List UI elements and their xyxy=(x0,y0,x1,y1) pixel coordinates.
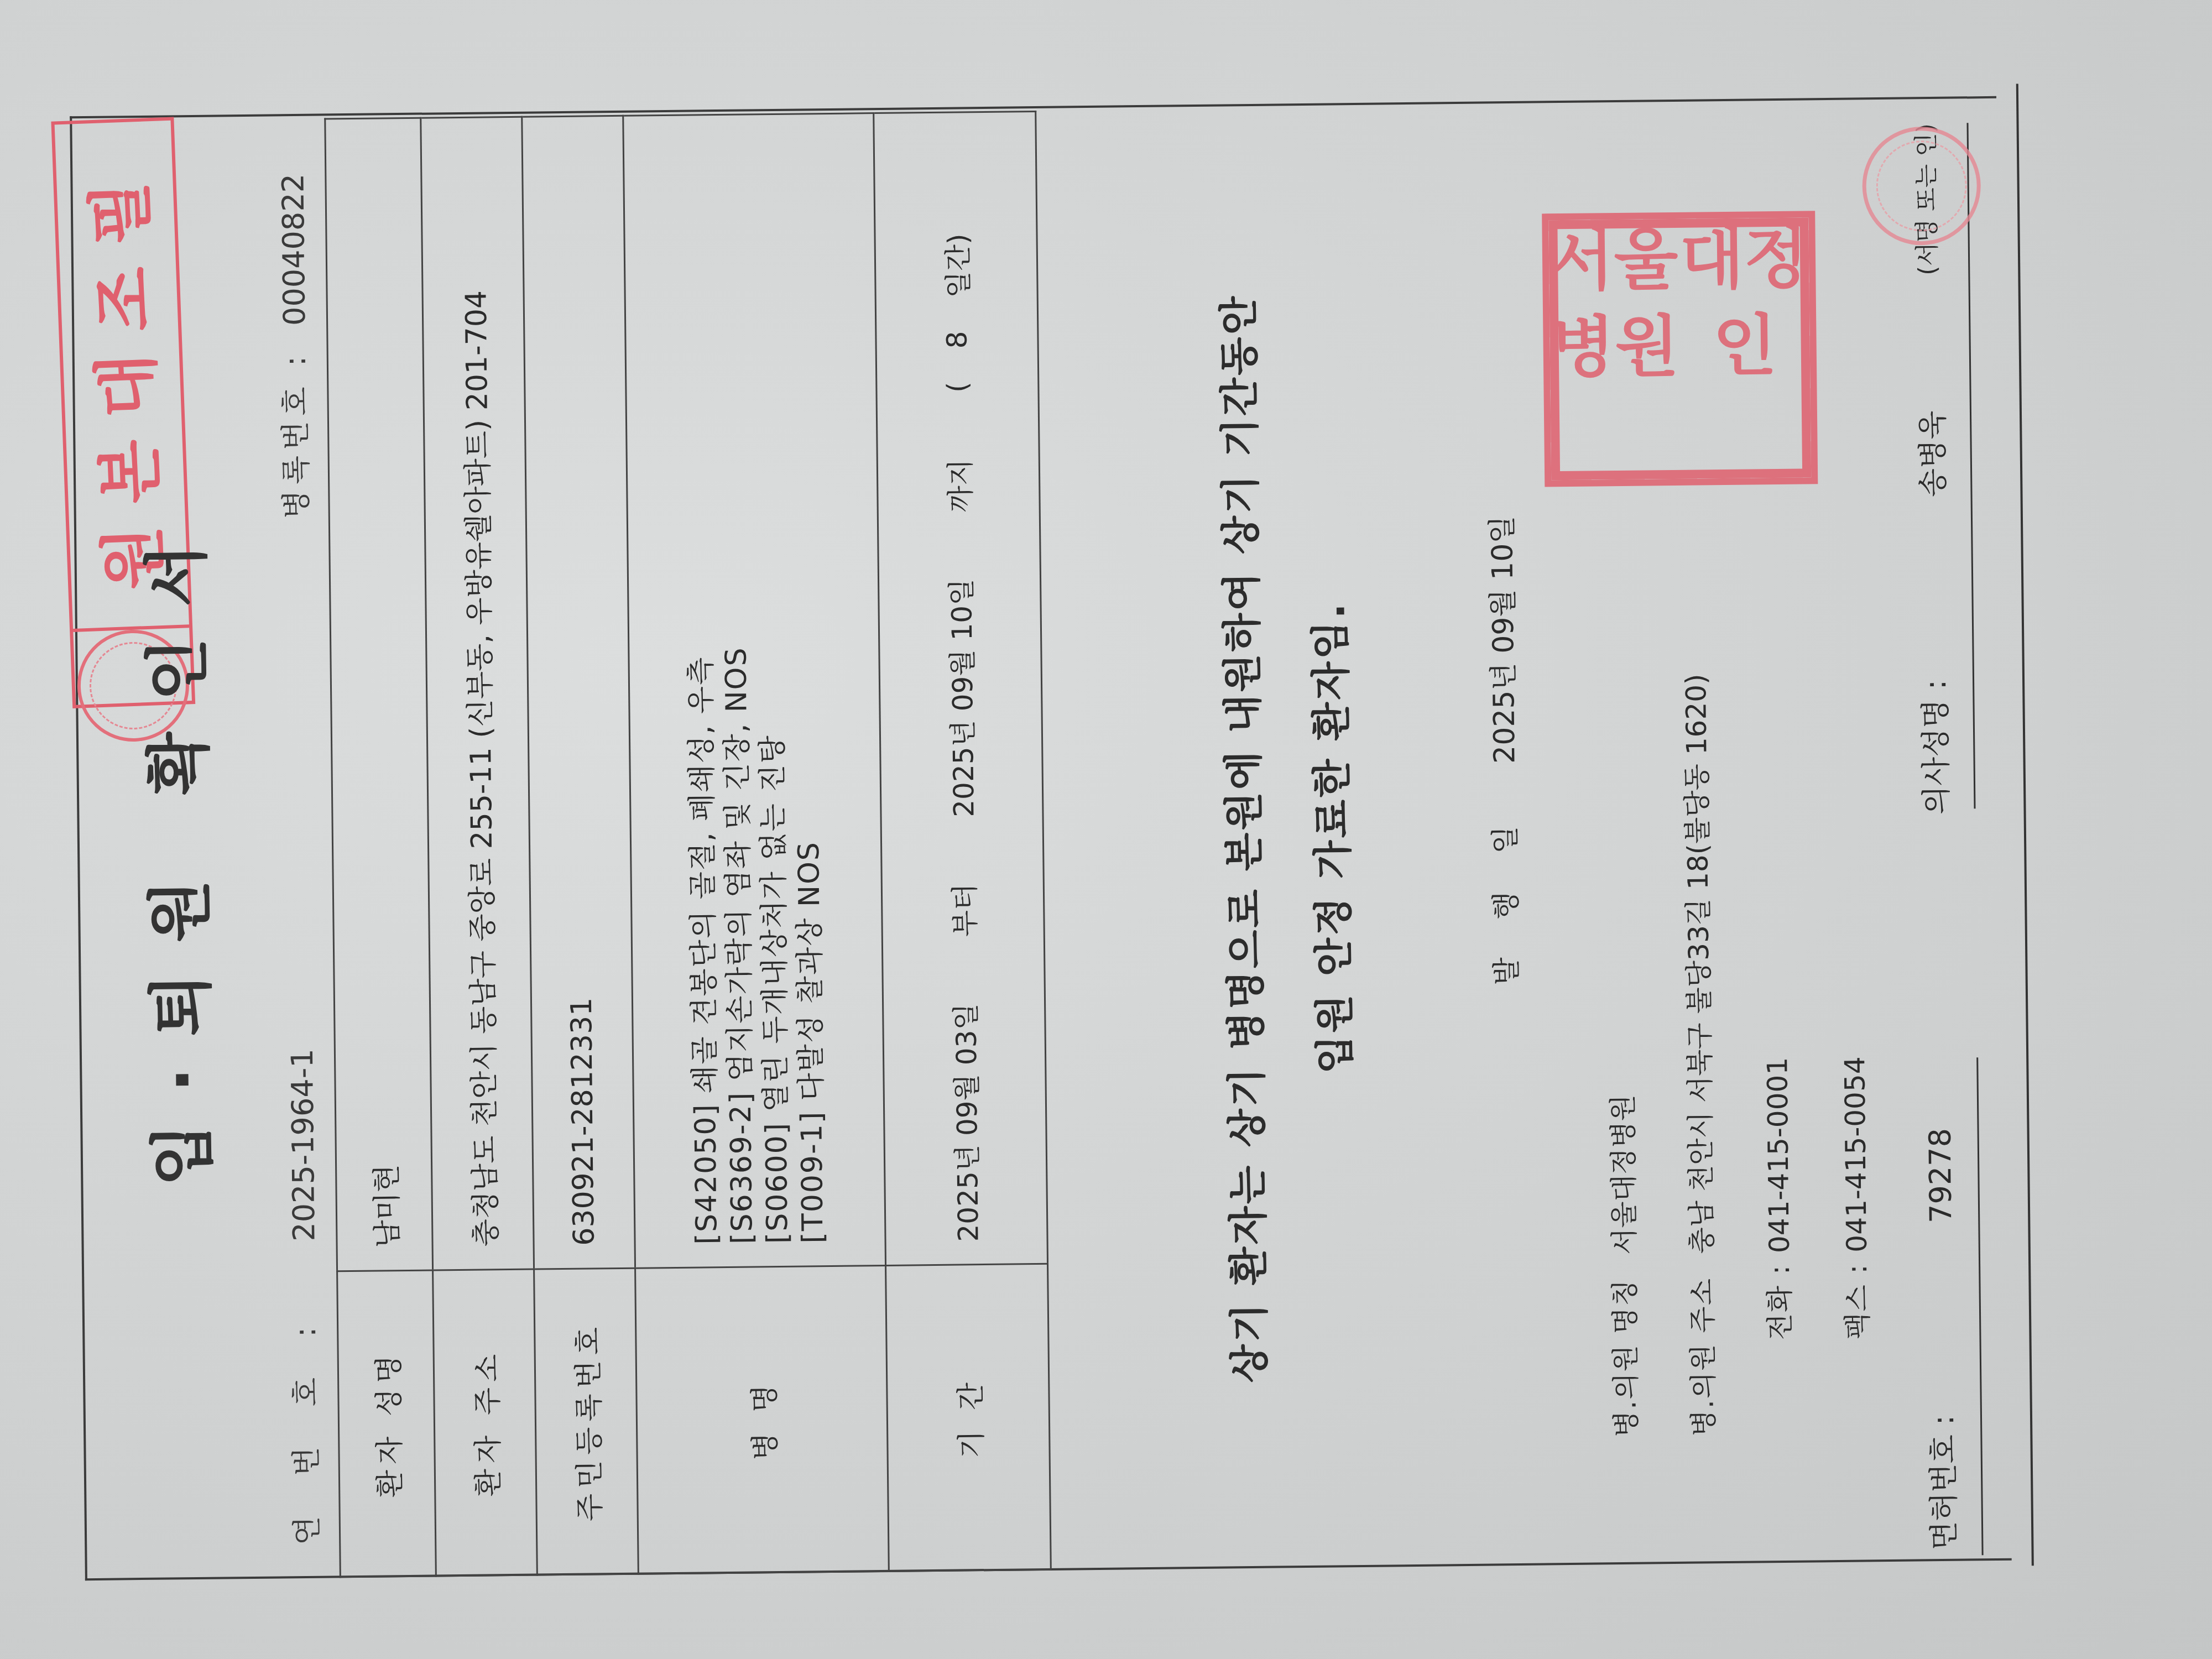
table-row: 병 명 [S42050] 쇄골 견봉단의 골절, 폐쇄성, 우측 [S6369-… xyxy=(623,113,889,1574)
hospital-phone-label: 전화 : xyxy=(1741,1253,1820,1436)
diagnosis-list: [S42050] 쇄골 견봉단의 골절, 폐쇄성, 우측 [S6369-2] 엄… xyxy=(623,113,886,1269)
hospital-fax-row: 팩스 : 041-415-0054 xyxy=(1812,672,1897,1436)
diagnosis-name: 열린 두개내상처가 없는 진탕 xyxy=(756,734,793,1112)
seal-glyph: 대정 xyxy=(1678,217,1809,305)
diagnosis-name: 쇄골 견봉단의 골절, 폐쇄성, 우측 xyxy=(684,656,722,1093)
hospital-address-label: 병.의원 주소 xyxy=(1663,1254,1743,1437)
hospital-fax-label: 팩스 : xyxy=(1818,1252,1897,1435)
record-number-label: 병록번호 : xyxy=(278,351,314,519)
diagnosis-code: [S0600] xyxy=(760,1122,794,1244)
doctor-label: 의사성명 : xyxy=(1912,680,1956,815)
statement-line-1: 상기 환자는 상기 병명으로 본원에 내원하여 상기 기간동안 xyxy=(1192,69,1296,1608)
visit-number-label: 연 번 호 : xyxy=(288,1311,325,1545)
visit-number: 연 번 호 : 2025-1964-1 xyxy=(279,1048,326,1545)
resident-number-label: 주민등록번호 xyxy=(534,1268,639,1575)
period-end: 2025년 09월 10일 xyxy=(940,578,982,817)
issue-date-value: 2025년 09월 10일 xyxy=(1486,515,1522,764)
patient-address-label: 환자 주소 xyxy=(433,1269,538,1576)
hospital-fax: 041-415-0054 xyxy=(1816,1056,1896,1253)
patient-address: 충청남도 천안시 동남구 중앙로 255-11 (신부동, 우방유쉘아파트) 2… xyxy=(421,117,534,1270)
diagnosis-label: 병 명 xyxy=(635,1265,889,1574)
period-to: 까지 xyxy=(938,459,979,513)
period-from: 부터 xyxy=(943,883,983,937)
certification-statement: 상기 환자는 상기 병명으로 본원에 내원하여 상기 기간동안 입원 안정 가료… xyxy=(1192,69,1385,1608)
period-open: ( xyxy=(941,382,973,393)
period-cell: 2025년 09월 03일 부터 2025년 09월 10일 까지 ( 8 일간… xyxy=(874,112,1048,1266)
seal-glyph: 병원 xyxy=(1550,305,1681,393)
page-title: 입·퇴원 확인서 xyxy=(119,81,229,1619)
period-start: 2025년 09월 03일 xyxy=(944,1003,987,1242)
diagnosis-code: [T009-1] xyxy=(795,1111,830,1244)
hospital-name: 서울대정병원 xyxy=(1584,1094,1663,1255)
visit-number-value: 2025-1964-1 xyxy=(285,1048,322,1241)
period-days: 8 xyxy=(941,331,973,348)
seal-glyph: 인 xyxy=(1679,304,1811,392)
diagnosis-code: [S42050] xyxy=(689,1103,724,1245)
patient-info-table: 환자 성명 남미현 환자 주소 충청남도 천안시 동남구 중앙로 255-11 … xyxy=(324,111,1052,1578)
issue-date-label: 발 행 일 xyxy=(1489,811,1524,985)
table-row: 환자 성명 남미현 xyxy=(325,118,436,1577)
table-row: 주민등록번호 630921-2812331 xyxy=(522,116,639,1575)
record-number: 병록번호 : 00040822 xyxy=(269,174,316,519)
hospital-name-row: 병.의원 명칭 서울대정병원 xyxy=(1580,674,1665,1438)
hospital-phone: 041-415-0001 xyxy=(1739,1057,1818,1254)
seal-glyph: 서울 xyxy=(1548,219,1679,307)
license-label: 면허번호 : xyxy=(1926,1415,1962,1551)
table-row: 기 간 2025년 09월 03일 부터 2025년 09월 10일 까지 ( … xyxy=(874,112,1051,1572)
hospital-name-label: 병.의원 명칭 xyxy=(1586,1254,1665,1437)
hospital-info: 병.의원 명칭 서울대정병원 병.의원 주소 충남 천안시 서북구 불당33길 … xyxy=(1580,672,1897,1438)
hospital-phone-row: 전화 : 041-415-0001 xyxy=(1735,672,1820,1436)
statement-line-2: 입원 안정 가료한 환자임. xyxy=(1280,69,1385,1607)
diagnosis-name: 다발성 찰과상 NOS xyxy=(792,841,828,1101)
certificate-page: 원본대조필 입·퇴원 확인서 연 번 호 : 2025-1964-1 병록번호 … xyxy=(36,61,2043,1620)
diagnosis-name: 엄지손가락의 염좌 및 긴장, NOS xyxy=(719,646,757,1082)
hospital-address: 충남 천안시 서북구 불당33길 18(불당동 1620) xyxy=(1657,674,1741,1255)
patient-name-label: 환자 성명 xyxy=(337,1270,436,1577)
table-row: 환자 주소 충청남도 천안시 동남구 중앙로 255-11 (신부동, 우방유쉘… xyxy=(421,117,538,1576)
period-days-unit: 일간) xyxy=(936,233,977,298)
resident-number: 630921-2812331 xyxy=(522,116,635,1269)
record-number-value: 00040822 xyxy=(275,174,312,326)
doctor-name: 송병욱 xyxy=(1909,410,1953,497)
hospital-address-row: 병.의원 주소 충남 천안시 서북구 불당33길 18(불당동 1620) xyxy=(1657,674,1743,1437)
issue-date: 발 행 일 2025년 09월 10일 xyxy=(1479,515,1525,985)
period-label: 기 간 xyxy=(886,1264,1051,1571)
patient-name: 남미현 xyxy=(325,118,433,1271)
license-number: 면허번호 : 79278 xyxy=(1917,1128,1964,1551)
diagnosis-code: [S6369-2] xyxy=(724,1092,759,1244)
license-value: 79278 xyxy=(1923,1128,1959,1223)
hospital-seal-stamp: 서울 대정 병원 인 xyxy=(1542,211,1818,487)
